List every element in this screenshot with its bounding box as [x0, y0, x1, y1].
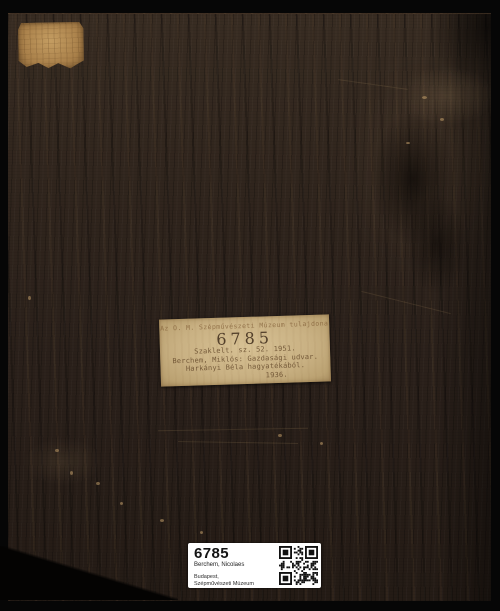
panel-edge-shadow: [0, 546, 178, 600]
panel-verso: [8, 13, 491, 601]
qr-code: [279, 546, 318, 585]
wood-fleck: [120, 502, 123, 505]
photo-backdrop: Az O. M. Szépművészeti Múzeum tulajdona …: [0, 0, 500, 611]
wood-fleck: [200, 531, 203, 534]
wood-fleck: [440, 118, 444, 121]
wood-fleck: [28, 296, 31, 300]
wood-scratch: [178, 441, 298, 444]
caption-city: Budapest,: [194, 574, 219, 580]
inventory-label: Az O. M. Szépművészeti Múzeum tulajdona …: [159, 314, 331, 386]
wood-fleck: [320, 442, 323, 445]
wood-fleck: [55, 449, 59, 452]
caption-label: 6785 Berchem, Nicolaes Budapest, Szépműv…: [188, 543, 321, 588]
wood-fleck: [96, 482, 100, 485]
old-label-remnant: [17, 21, 85, 70]
wood-scratch: [158, 428, 308, 432]
wood-fleck: [406, 142, 410, 144]
wood-fleck: [70, 471, 73, 475]
caption-number: 6785: [194, 546, 229, 561]
caption-museum: Szépművészeti Múzeum: [194, 581, 254, 587]
wood-scratch: [361, 291, 451, 314]
wood-scratch: [338, 79, 407, 90]
wood-fleck: [278, 434, 282, 437]
wood-fleck: [422, 96, 427, 99]
wood-fleck: [160, 519, 164, 522]
caption-artist: Berchem, Nicolaes: [194, 562, 244, 568]
